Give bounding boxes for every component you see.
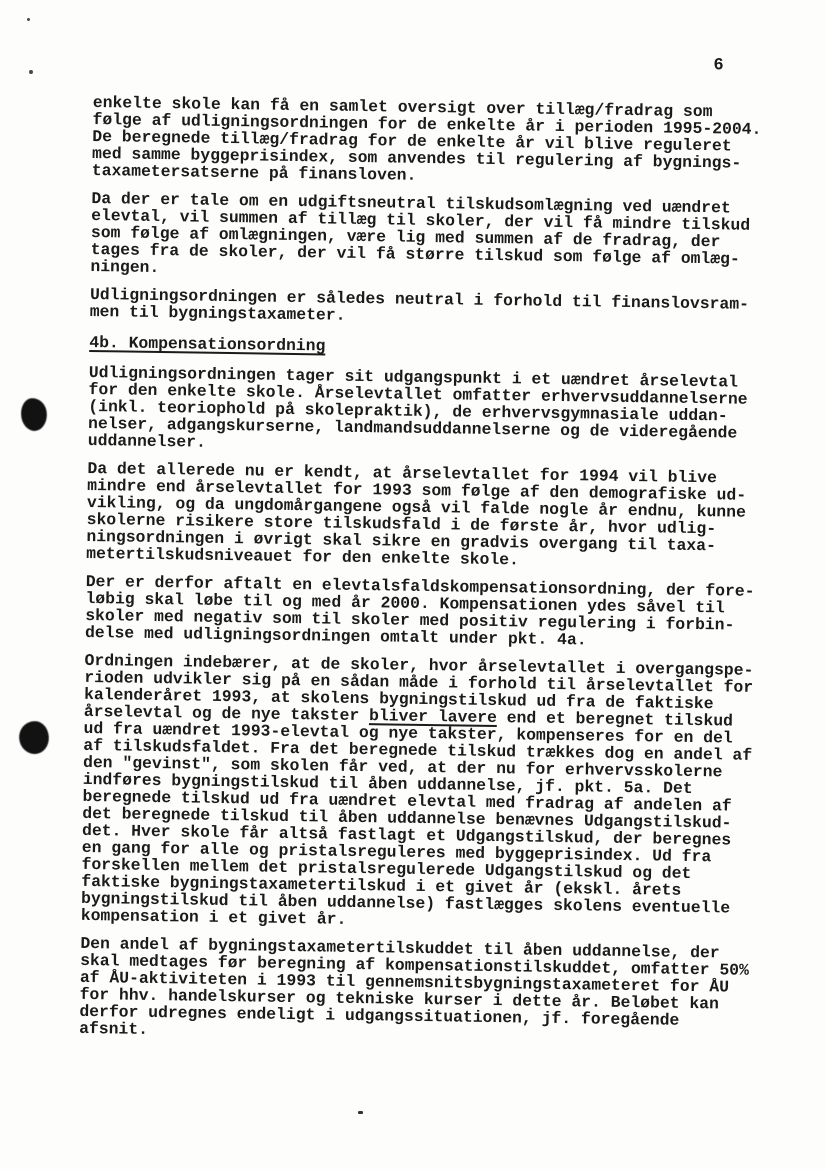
paragraph-7-post: end et beregnet tilskud ud fra uændret 1… [81,708,753,929]
paragraph-3: Udligningsordningen er således neutral i… [90,286,795,330]
section-heading: 4b. Kompensationsordning [89,334,794,361]
document-page: 6 enkelte skole kan få en samlet oversig… [0,0,826,1169]
scan-speck-icon [358,1111,363,1114]
paragraph-7: Ordningen indebærer, at de skoler, hvor … [81,652,790,934]
paragraph-4: Udligningsordningen tager sit udgangspun… [88,364,794,459]
punch-hole-ink-mark-top [20,397,48,431]
paragraph-2: Da der er tale om en udgiftsneutral tils… [90,190,796,285]
scan-speck-icon [27,18,30,21]
paragraph-5: Da det allerede nu er kendt, at årselevt… [86,460,792,572]
paragraph-6: Der er derfor aftalt en elevtalsfaldskom… [85,573,791,651]
paragraph-8: Den andel af bygningstaxametertilskuddet… [79,935,785,1047]
scan-speck-icon [29,70,33,74]
paragraph-1: enkelte skole kan få en samlet oversigt … [92,94,798,189]
page-number: 6 [713,57,723,74]
punch-hole-ink-mark-bottom [18,721,49,755]
document-body: 6 enkelte skole kan få en samlet oversig… [79,94,798,1058]
